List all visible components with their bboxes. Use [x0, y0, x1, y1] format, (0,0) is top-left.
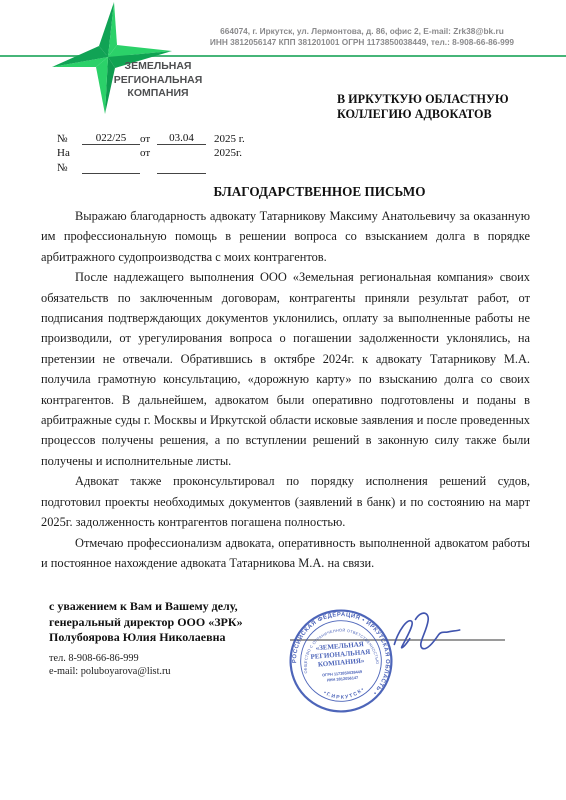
body-paragraph: После надлежащего выполнения ООО «Земель…: [41, 267, 530, 471]
incoming-year-label: 2025г.: [206, 147, 242, 159]
outgoing-number-label: №: [57, 133, 82, 145]
outgoing-year-label: 2025 г.: [206, 133, 245, 145]
company-round-stamp: РОССИЙСКАЯ ФЕДЕРАЦИЯ • ИРКУТСКАЯ ОБЛАСТЬ…: [281, 601, 400, 720]
incoming-date-underline: [157, 173, 206, 174]
outgoing-date-value: 03.04: [157, 132, 206, 145]
svg-text:• Г. И Р К У Т С К •: • Г. И Р К У Т С К •: [322, 686, 366, 702]
reference-block: № 022/25 от 03.04 2025 г. На от 2025г. №: [57, 130, 245, 174]
letter-body: Выражаю благодарность адвокату Татарнико…: [41, 206, 530, 573]
recipient-line: В ИРКУТКУЮ ОБЛАСТНУЮ: [337, 92, 509, 107]
company-requisites-line: ИНН 3812056147 КПП 381201001 ОГРН 117385…: [210, 37, 514, 48]
incoming-number-label: №: [57, 162, 82, 174]
recipient-line: КОЛЛЕГИЮ АДВОКАТОВ: [337, 107, 509, 122]
company-name-line: РЕГИОНАЛЬНАЯ: [103, 74, 213, 88]
signer-name: Полубоярова Юлия Николаевна: [49, 630, 243, 646]
signer-phone: тел. 8-908-66-86-999: [49, 652, 171, 665]
company-address-line: 664074, г. Иркутск, ул. Лермонтова, д. 8…: [210, 26, 514, 37]
incoming-ref-row: На от 2025г.: [57, 145, 245, 160]
stamp-city-text: • Г. И Р К У Т С К •: [322, 686, 366, 702]
outgoing-number-value: 022/25: [82, 132, 140, 145]
signer-email: e-mail: poluboyarova@list.ru: [49, 665, 171, 678]
letter-title: БЛАГОДАРСТВЕННОЕ ПИСЬМО: [41, 184, 564, 200]
company-name: ЗЕМЕЛЬНАЯ РЕГИОНАЛЬНАЯ КОМПАНИЯ: [103, 60, 213, 101]
company-name-line: ЗЕМЕЛЬНАЯ: [103, 60, 213, 74]
recipient-block: В ИРКУТКУЮ ОБЛАСТНУЮ КОЛЛЕГИЮ АДВОКАТОВ: [337, 92, 509, 122]
incoming-na-label: На: [57, 147, 82, 159]
letter-page: ЗЕМЕЛЬНАЯ РЕГИОНАЛЬНАЯ КОМПАНИЯ 664074, …: [0, 0, 566, 800]
body-paragraph: Выражаю благодарность адвокату Татарнико…: [41, 206, 530, 267]
handwritten-signature: [388, 606, 466, 654]
closing-line: с уважением к Вам и Вашему делу,: [49, 599, 243, 615]
outgoing-ref-row: № 022/25 от 03.04 2025 г.: [57, 130, 245, 145]
signer-contacts: тел. 8-908-66-86-999 e-mail: poluboyarov…: [49, 652, 171, 678]
incoming-number-underline: [82, 173, 140, 174]
signer-title: генеральный директор ООО «ЗРК»: [49, 615, 243, 631]
incoming-from-label: от: [140, 147, 157, 159]
outgoing-from-label: от: [140, 133, 157, 145]
company-name-line: КОМПАНИЯ: [103, 87, 213, 101]
body-paragraph: Отмечаю профессионализм адвоката, операт…: [41, 533, 530, 574]
body-paragraph: Адвокат также проконсультировал по поряд…: [41, 471, 530, 532]
company-contact-header: 664074, г. Иркутск, ул. Лермонтова, д. 8…: [210, 26, 514, 48]
closing-block: с уважением к Вам и Вашему делу, генерал…: [49, 599, 243, 646]
incoming-ref-row2: №: [57, 159, 245, 174]
